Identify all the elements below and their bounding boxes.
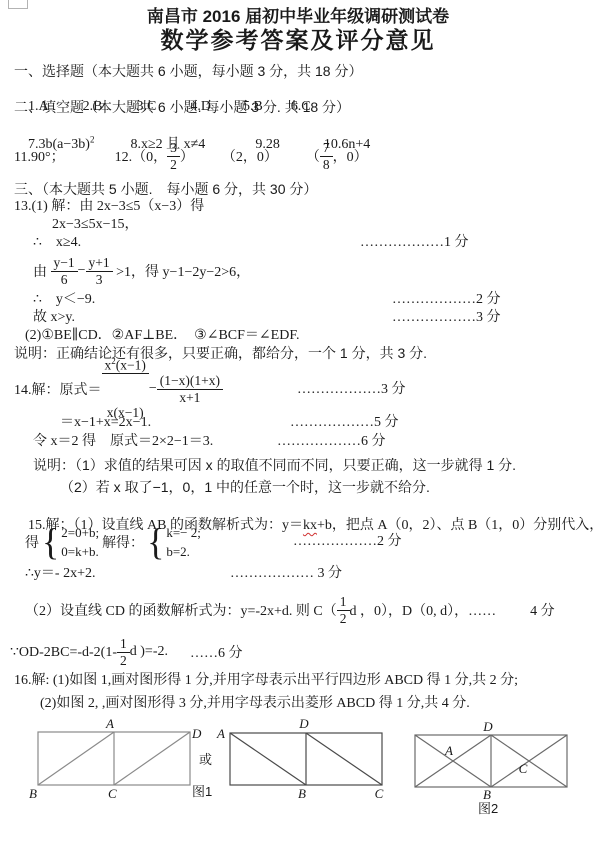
q14-line1: 14.解：原式＝ x2(x−1) x(x−1) − (1−x)(1+x)x+1	[14, 366, 223, 412]
fig2-label-B: B	[483, 787, 491, 802]
q15-score-2: ……………… 3 分	[230, 565, 342, 583]
q13-line7: (2)①BE∥CD．②AF⊥BE． ③∠BCF＝∠EDF.	[25, 327, 299, 345]
answer-12-close: ）	[180, 146, 194, 166]
fig2-label-A: A	[444, 743, 453, 758]
geometry-figures: A D B C 或 图1 A D B C D A C B 图2	[0, 712, 596, 822]
fill-answers-row2: 11.90°； 12.（0， 32 ） （2，0） （ 78 ，0）	[14, 138, 368, 174]
fraction-1-2: 12	[337, 594, 350, 626]
q14-note-1: 说明：（1）求值的结果可因 x 的取值不同而不同，只要正确，这一步就得 1 分.	[33, 456, 516, 474]
q13-line6: 故 x>y.	[33, 309, 75, 327]
fig1a-label-D: D	[191, 726, 202, 741]
q14-line3: 令 x＝2 得 原式＝2×2−1＝3.	[33, 433, 213, 451]
left-brace: {	[147, 525, 164, 559]
fig1b-label-C: C	[375, 786, 384, 801]
figure-2	[415, 735, 567, 787]
fraction-y-1-6: y−16	[51, 255, 78, 287]
section3-heading: 三、（本大题共 5 小题. 每小题 6 分，共 30 分）	[14, 180, 317, 198]
fig2-caption: 图2	[478, 801, 498, 816]
q15-line4-pre: （2）设直线 CD 的函数解析式为：y=-2x+d. 则 C（	[25, 600, 337, 620]
fig1b-label-B: B	[298, 786, 306, 801]
q13-line2: 2x−3≤5x−15，	[52, 216, 138, 234]
answer-key-document: 南昌市 2016 届初中毕业年级调研测试卷 数学参考答案及评分意见 一、选择题（…	[0, 0, 596, 846]
q14-line1-pre: 14.解：原式＝	[14, 379, 102, 399]
q13-line3: ∴ x≥4.	[33, 234, 81, 252]
section2-heading: 二、填空题（本大题共 6 小题. 每小题 3 分. 共 18 分）	[14, 98, 350, 116]
q13-line1: 13.(1) 解：由 2x−3≤5（x−3）得	[14, 198, 204, 216]
fig1b-label-D: D	[298, 716, 309, 731]
q16-line1: 16.解: (1)如图 1,画对图形得 1 分,并用字母表示出平行四边形 ABC…	[14, 672, 518, 690]
eq-3: k=− 2;	[166, 525, 201, 541]
left-brace: {	[42, 525, 59, 559]
fig2-label-D: D	[482, 719, 493, 734]
eq-1: 2=0+b;	[61, 525, 99, 541]
q15-line3: ∴y＝- 2x+2.	[25, 565, 95, 583]
q15-line4: （2）设直线 CD 的函数解析式为：y=-2x+d. 则 C（ 12 d ，0）…	[25, 588, 555, 632]
figure-1-left	[38, 732, 190, 785]
q14-score-3: ………………6 分	[277, 433, 386, 451]
minus-sign: −	[78, 263, 86, 279]
fraction-y-plus-1-3: y+13	[86, 255, 113, 287]
q16-line2: (2)如图 2, ,画对图形得 3 分,并用字母表示出菱形 ABCD 得 1 分…	[40, 695, 470, 713]
answer-12-part2: （2，0）	[222, 146, 278, 166]
fig1a-label-B: B	[29, 786, 37, 801]
q14-score-2: ………………5 分	[290, 414, 399, 432]
equation-system-2: { k=− 2;b=2.	[147, 525, 201, 560]
fraction-3-2: 32	[167, 140, 180, 172]
q15-line5-pre: ∵OD-2BC=-d-2(1-	[10, 644, 117, 661]
q15-line2-de: 得	[25, 532, 39, 552]
or-text: 或	[199, 752, 212, 767]
q13-line4-pre: 由	[33, 261, 51, 281]
minus-sign: −	[149, 381, 157, 397]
q13-line4-post: >1，得 y−1−2y−2>6，	[113, 261, 250, 281]
fraction-1-2: 12	[117, 636, 130, 668]
document-title: 南昌市 2016 届初中毕业年级调研测试卷	[0, 6, 596, 28]
q15-line5: ∵OD-2BC=-d-2(1- 12 d )=-2. ……6 分	[10, 630, 243, 674]
q15-score-1: ………………2 分	[293, 533, 402, 551]
fig1b-label-A: A	[216, 726, 225, 741]
q14-note-2: （2）若 x 取了−1，0，1 中的任意一个时，这一步就不给分.	[60, 478, 430, 496]
figure-1-middle	[230, 733, 382, 785]
answer-12-part1: 12.（0，	[115, 146, 168, 166]
fig1a-label-A: A	[105, 716, 114, 731]
q13-score-1: ………………1 分	[360, 234, 469, 252]
q15-line2-jie: 解得：	[102, 532, 144, 552]
fraction-1-x-1-plus-x: (1−x)(1+x)x+1	[157, 373, 223, 405]
eq-4: b=2.	[166, 544, 201, 560]
q13-note: 说明：正确结论还有很多，只要正确，都给分，一个 1 分，共 3 分.	[14, 344, 427, 362]
q15-line2: 得 { 2=0+b;0=k+b. 解得： { k=− 2;b=2.	[25, 520, 204, 564]
answer-12-open: （	[306, 146, 320, 166]
q15-line1-post: +b，把点 A（0，2）、点 B（1，0）分别代入，	[317, 518, 596, 533]
answer-11: 11.90°；	[14, 146, 65, 166]
q15-line5-post: d )=-2.	[130, 644, 168, 660]
q14-line2: ＝x−1+x=2x−1.	[60, 414, 151, 432]
q13-line5: ∴ y＜−9.	[33, 291, 95, 309]
section1-heading: 一、选择题（本大题共 6 小题，每小题 3 分，共 18 分）	[14, 62, 362, 80]
fig2-label-C: C	[519, 761, 528, 776]
fig1a-label-C: C	[108, 786, 117, 801]
q15-line4-mid: d ，0），D（0, d），……	[350, 600, 497, 620]
q15-score-3: 4 分	[530, 600, 555, 620]
fig1-caption: 图1	[192, 784, 212, 799]
fraction-7-8: 78	[320, 140, 333, 172]
equation-system-1: { 2=0+b;0=k+b.	[42, 525, 99, 560]
q15-score-4: ……6 分	[190, 642, 243, 662]
q13-score-2: ………………2 分	[392, 291, 501, 309]
q14-score-1: ………………3 分	[297, 381, 406, 399]
spellcheck-underline: kx	[303, 518, 317, 533]
eq-2: 0=k+b.	[61, 544, 99, 560]
q13-line4: 由 y−16 − y+13 >1，得 y−1−2y−2>6，	[33, 252, 250, 290]
answer-12-end: ，0）	[333, 146, 368, 166]
document-subtitle: 数学参考答案及评分意见	[0, 26, 596, 56]
q13-score-3: ………………3 分	[392, 309, 501, 327]
